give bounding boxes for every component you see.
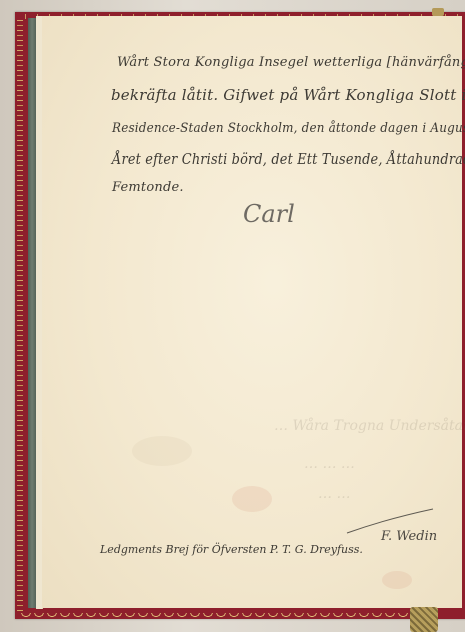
letter-line-1: Wårt Stora Kongliga Insegel wetterliga […: [117, 55, 465, 70]
countersignature: F. Wedin: [381, 529, 437, 544]
letter-line-4: Året efter Christi börd, det Ett Tusende…: [112, 150, 465, 168]
registration-note: Ledgments Brej för Öfversten P. T. G. Dr…: [100, 543, 363, 556]
ribbon-clasp-top: [432, 8, 444, 16]
letter-line-3: Residence-Staden Stockholm, den åttonde …: [112, 121, 465, 136]
letter-line-2: bekräfta låtit. Gifwet på Wårt Kongliga …: [111, 86, 465, 104]
endpaper-strip: [28, 18, 36, 608]
gilt-border-bottom: [20, 613, 430, 618]
ribbon-tie: [410, 607, 438, 632]
letter-line-5: Femtonde.: [112, 180, 184, 195]
royal-signature: Carl: [243, 200, 295, 228]
gilt-border-left: [17, 16, 23, 612]
